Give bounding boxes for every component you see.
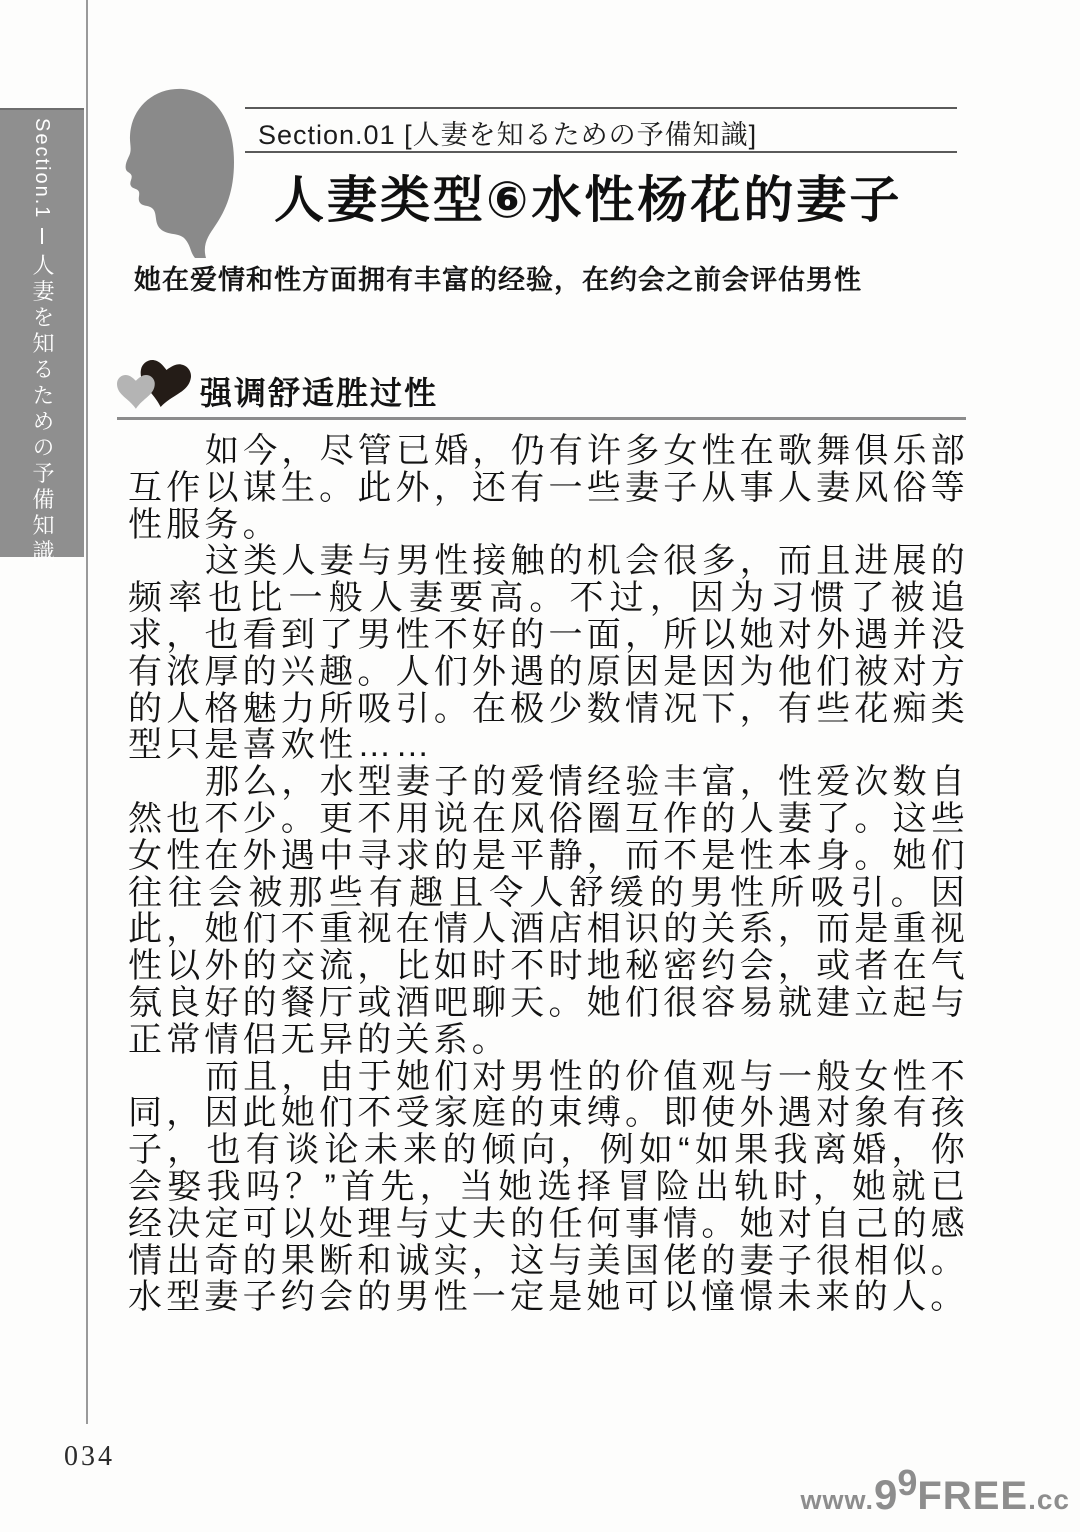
body-text: 如今，尽管已婚，仍有许多女性在歌舞俱乐部互作以谋生。此外，还有一些妻子从事人妻风… <box>128 433 969 1316</box>
page-subtitle: 她在爱情和性方面拥有丰富的经验，在约会之前会评估男性 <box>134 258 954 297</box>
paragraph-4: 而且，由于她们对男性的价值观与一般女性不同，因此她们不受家庭的束缚。即使外遇对象… <box>128 1059 969 1317</box>
margin-rule <box>86 0 88 1424</box>
sidebar-separator <box>41 228 43 244</box>
section-heading-rule <box>117 417 966 420</box>
sidebar-vertical-text: Section.1人妻を知るための予備知識 <box>31 110 53 565</box>
woman-profile-silhouette-icon <box>112 86 246 258</box>
sidebar-chapter-title: 人妻を知るための予備知識 <box>30 253 55 565</box>
watermark-digit: 9 <box>897 1462 917 1503</box>
watermark-digit: 9 <box>874 1471 897 1518</box>
paragraph-1: 如今，尽管已婚，仍有许多女性在歌舞俱乐部互作以谋生。此外，还有一些妻子从事人妻风… <box>128 433 969 543</box>
watermark-word: FREE <box>917 1474 1028 1518</box>
section-sidebar-tab: Section.1人妻を知るための予備知識 <box>0 108 84 557</box>
page-title: 人妻类型⑥水性杨花的妻子 <box>274 160 974 232</box>
watermark: www.99FREE.cc <box>780 1462 1070 1519</box>
paragraph-3: 那么，水型妻子的爱情经验丰富，性爱次数自然也不少。更不用说在风俗圈互作的人妻了。… <box>128 764 969 1058</box>
header-rule-bottom <box>245 151 957 153</box>
watermark-suffix: .cc <box>1028 1484 1070 1515</box>
book-page: Section.1人妻を知るための予備知識 Section.01 [人妻を知るた… <box>0 0 1080 1532</box>
watermark-prefix: www. <box>800 1485 874 1515</box>
header-rule-top <box>245 107 957 109</box>
double-hearts-icon <box>114 358 194 420</box>
paragraph-2: 这类人妻与男性接触的机会很多，而且进展的频率也比一般人妻要高。不过，因为习惯了被… <box>128 543 969 764</box>
sidebar-section-number: Section.1 <box>31 118 53 219</box>
page-number: 034 <box>64 1441 115 1473</box>
section-header: Section.01 [人妻を知るための予備知識] <box>258 113 948 152</box>
section-heading: 强调舒适胜过性 <box>200 368 438 414</box>
